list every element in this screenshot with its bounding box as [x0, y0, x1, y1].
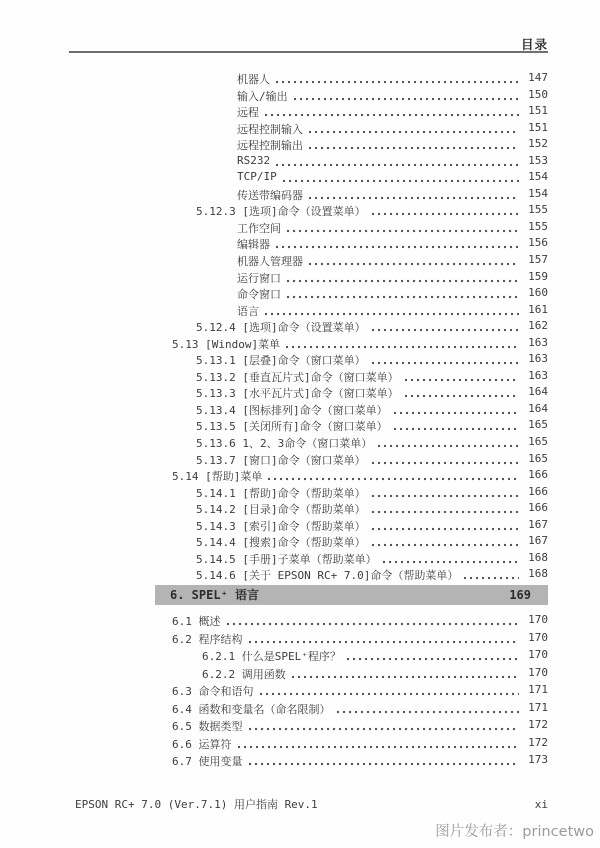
- dot-leader: [276, 154, 519, 167]
- toc-entry: TCP/IP154: [68, 170, 548, 187]
- toc-entry: 5.13.7 [窗口]命令（窗口菜单）165: [68, 452, 548, 469]
- toc-entry-label: 命令窗口: [237, 286, 281, 302]
- toc-entry-label: 6.2 程序结构: [172, 631, 243, 647]
- toc-entry-label: 5.14.2 [目录]命令（帮助菜单）: [196, 501, 366, 517]
- toc-entry: 5.14.2 [目录]命令（帮助菜单）166: [68, 501, 548, 518]
- toc-entry-page: 152: [522, 137, 548, 150]
- toc-entry-label: 远程控制输入: [237, 121, 303, 137]
- dot-leader: [260, 683, 520, 696]
- toc-entry-page: 164: [522, 385, 548, 398]
- toc-entry-label: 5.14 [帮助]菜单: [172, 468, 262, 484]
- toc-entry-page: 172: [522, 736, 548, 749]
- toc-entry-page: 147: [522, 71, 548, 84]
- toc-entry-label: 远程: [237, 104, 259, 120]
- toc-entry-page: 167: [522, 534, 548, 547]
- toc-entry: 5.14 [帮助]菜单166: [68, 468, 548, 485]
- toc-entry: 5.14.1 [帮助]命令（帮助菜单）166: [68, 485, 548, 502]
- toc-entry-label: 机器人管理器: [237, 253, 303, 269]
- dot-leader: [372, 319, 519, 332]
- toc-entry-page: 163: [522, 369, 548, 382]
- dot-leader: [286, 336, 519, 349]
- dot-leader: [383, 551, 519, 564]
- toc-entry-page: 170: [522, 613, 548, 626]
- toc-entry: 5.13.4 [图标排列]命令（窗口菜单）164: [68, 402, 548, 419]
- toc-entry-page: 151: [522, 121, 548, 134]
- toc-entry: 传送带编码器154: [68, 187, 548, 204]
- dot-leader: [287, 220, 519, 233]
- toc-entry-label: 6.4 函数和变量名（命名限制）: [172, 701, 331, 717]
- dot-leader: [394, 402, 519, 415]
- section-header-label: 6. SPEL⁺ 语言: [155, 586, 259, 603]
- toc-entry: 5.13.1 [层叠]命令（窗口菜单）163: [68, 352, 548, 369]
- dot-leader: [249, 631, 520, 644]
- toc-entry-label: 5.13.5 [关闭所有]命令（窗口菜单）: [196, 418, 388, 434]
- toc-entry: 机器人147: [68, 71, 548, 88]
- toc-entry-page: 166: [522, 468, 548, 481]
- toc-entry-page: 171: [522, 701, 548, 714]
- toc-entry-label: 工作空间: [237, 220, 281, 236]
- toc-list-section6: 6.1 概述1706.2 程序结构1706.2.1 什么是SPEL⁺程序？170…: [68, 613, 548, 771]
- toc-entry-page: 157: [522, 253, 548, 266]
- dot-leader: [464, 567, 519, 580]
- toc-entry-label: 传送带编码器: [237, 187, 303, 203]
- section-header-bar: 6. SPEL⁺ 语言 169: [155, 585, 548, 605]
- toc-entry-label: 5.12.3 [选项]命令（设置菜单）: [196, 203, 366, 219]
- toc-entry-page: 167: [522, 518, 548, 531]
- toc-entry: 远程151: [68, 104, 548, 121]
- dot-leader: [287, 270, 519, 283]
- dot-leader: [372, 518, 519, 531]
- toc-entry-page: 163: [522, 352, 548, 365]
- toc-entry-label: 5.13.3 [水平瓦片式]命令（窗口菜单）: [196, 385, 399, 401]
- toc-entry-label: 5.14.5 [手册]子菜单（帮助菜单）: [196, 551, 377, 567]
- toc-entry-page: 168: [522, 567, 548, 580]
- toc-entry: 5.14.6 [关于 EPSON RC+ 7.0]命令（帮助菜单）168: [68, 567, 548, 584]
- toc-entry-page: 161: [522, 303, 548, 316]
- toc-entry-label: 6.1 概述: [172, 613, 221, 629]
- toc-entry-page: 168: [522, 551, 548, 564]
- dot-leader: [265, 104, 519, 117]
- dot-leader: [309, 253, 519, 266]
- toc-page: 目录 机器人147输入/输出150远程151远程控制输入151远程控制输出152…: [0, 0, 600, 848]
- toc-entry-label: 5.12.4 [选项]命令（设置菜单）: [196, 319, 366, 335]
- dot-leader: [287, 286, 519, 299]
- dot-leader: [347, 648, 519, 661]
- toc-entry: 6.2.1 什么是SPEL⁺程序？170: [68, 648, 548, 666]
- toc-entry: 命令窗口160: [68, 286, 548, 303]
- toc-entry-page: 156: [522, 236, 548, 249]
- page-footer: EPSON RC+ 7.0 (Ver.7.1) 用户指南 Rev.1 xi: [75, 796, 548, 812]
- dot-leader: [294, 88, 519, 101]
- toc-entry: 远程控制输入151: [68, 121, 548, 138]
- dot-leader: [268, 468, 519, 481]
- toc-entry-label: 5.13.7 [窗口]命令（窗口菜单）: [196, 452, 366, 468]
- toc-entry: 6.6 运算符172: [68, 736, 548, 754]
- toc-entry: 5.13.2 [垂直瓦片式]命令（窗口菜单）163: [68, 369, 548, 386]
- toc-entry: 6.2 程序结构170: [68, 631, 548, 649]
- toc-entry: 6.1 概述170: [68, 613, 548, 631]
- toc-entry: 输入/输出150: [68, 88, 548, 105]
- section-header-page: 169: [509, 588, 548, 602]
- toc-entry-label: 运行窗口: [237, 270, 281, 286]
- dot-leader: [372, 534, 519, 547]
- toc-entry-label: 远程控制输出: [237, 137, 303, 153]
- dot-leader: [283, 170, 519, 183]
- dot-leader: [292, 666, 519, 679]
- toc-entry-page: 163: [522, 336, 548, 349]
- dot-leader: [372, 203, 519, 216]
- toc-entry: 编辑器156: [68, 236, 548, 253]
- toc-entry: 5.13 [Window]菜单163: [68, 336, 548, 353]
- toc-entry-page: 154: [522, 170, 548, 183]
- toc-entry-page: 170: [522, 648, 548, 661]
- toc-entry-label: 5.14.6 [关于 EPSON RC+ 7.0]命令（帮助菜单）: [196, 567, 458, 583]
- toc-entry-page: 153: [522, 154, 548, 167]
- toc-entry: 5.13.3 [水平瓦片式]命令（窗口菜单）164: [68, 385, 548, 402]
- toc-entry: 5.14.4 [搜索]命令（帮助菜单）167: [68, 534, 548, 551]
- toc-entry-page: 155: [522, 220, 548, 233]
- toc-entry-label: 6.2.1 什么是SPEL⁺程序？: [202, 648, 341, 664]
- toc-entry-label: 6.2.2 调用函数: [202, 666, 286, 682]
- toc-entry: 6.2.2 调用函数170: [68, 666, 548, 684]
- toc-entry-page: 170: [522, 666, 548, 679]
- watermark-text: 图片发布者：princetwo: [435, 820, 594, 841]
- toc-entry-label: TCP/IP: [237, 170, 277, 183]
- toc-entry-label: 5.13.2 [垂直瓦片式]命令（窗口菜单）: [196, 369, 399, 385]
- dot-leader: [276, 236, 519, 249]
- toc-entry: RS232153: [68, 154, 548, 171]
- toc-entry-page: 166: [522, 501, 548, 514]
- toc-entry-page: 173: [522, 753, 548, 766]
- toc-entry-label: 5.14.4 [搜索]命令（帮助菜单）: [196, 534, 366, 550]
- toc-list-section5: 机器人147输入/输出150远程151远程控制输入151远程控制输出152RS2…: [68, 71, 548, 584]
- toc-entry: 6.5 数据类型172: [68, 718, 548, 736]
- toc-entry-label: 5.13 [Window]菜单: [172, 336, 280, 352]
- dot-leader: [405, 369, 519, 382]
- dot-leader: [249, 718, 520, 731]
- toc-entry-label: 输入/输出: [237, 88, 288, 104]
- toc-entry-label: 5.13.6 1、2、3命令（窗口菜单）: [196, 435, 372, 451]
- toc-entry: 运行窗口159: [68, 270, 548, 287]
- toc-entry-label: RS232: [237, 154, 270, 167]
- toc-entry: 5.12.3 [选项]命令（设置菜单）155: [68, 203, 548, 220]
- toc-entry-label: 5.13.4 [图标排列]命令（窗口菜单）: [196, 402, 388, 418]
- toc-entry: 5.12.4 [选项]命令（设置菜单）162: [68, 319, 548, 336]
- toc-entry: 5.13.6 1、2、3命令（窗口菜单）165: [68, 435, 548, 452]
- toc-entry-page: 155: [522, 203, 548, 216]
- toc-entry-page: 171: [522, 683, 548, 696]
- toc-entry-page: 165: [522, 435, 548, 448]
- dot-leader: [265, 303, 519, 316]
- toc-entry: 6.4 函数和变量名（命名限制）171: [68, 701, 548, 719]
- dot-leader: [238, 736, 520, 749]
- toc-entry-label: 6.3 命令和语句: [172, 683, 254, 699]
- toc-entry-page: 165: [522, 452, 548, 465]
- toc-entry-label: 5.13.1 [层叠]命令（窗口菜单）: [196, 352, 366, 368]
- toc-entry-label: 5.14.3 [索引]命令（帮助菜单）: [196, 518, 366, 534]
- dot-leader: [276, 71, 519, 84]
- toc-entry: 5.14.5 [手册]子菜单（帮助菜单）168: [68, 551, 548, 568]
- toc-entry: 6.7 使用变量173: [68, 753, 548, 771]
- toc-entry-label: 机器人: [237, 71, 270, 87]
- dot-leader: [372, 452, 519, 465]
- dot-leader: [249, 753, 520, 766]
- toc-entry-page: 166: [522, 485, 548, 498]
- toc-entry: 5.14.3 [索引]命令（帮助菜单）167: [68, 518, 548, 535]
- toc-entry-page: 150: [522, 88, 548, 101]
- header-rule: [69, 51, 548, 53]
- toc-entry-label: 编辑器: [237, 236, 270, 252]
- toc-entry: 5.13.5 [关闭所有]命令（窗口菜单）165: [68, 418, 548, 435]
- toc-entry: 工作空间155: [68, 220, 548, 237]
- toc-entry-page: 164: [522, 402, 548, 415]
- toc-entry: 机器人管理器157: [68, 253, 548, 270]
- dot-leader: [372, 352, 519, 365]
- toc-entry-page: 170: [522, 631, 548, 644]
- toc-entry-page: 160: [522, 286, 548, 299]
- toc-entry-page: 162: [522, 319, 548, 332]
- footer-document-title: EPSON RC+ 7.0 (Ver.7.1) 用户指南 Rev.1: [75, 796, 318, 812]
- toc-entry-label: 语言: [237, 303, 259, 319]
- dot-leader: [405, 385, 519, 398]
- dot-leader: [309, 137, 519, 150]
- toc-entry-label: 5.14.1 [帮助]命令（帮助菜单）: [196, 485, 366, 501]
- dot-leader: [309, 187, 519, 200]
- footer-page-number: xi: [535, 798, 548, 811]
- dot-leader: [337, 701, 520, 714]
- dot-leader: [309, 121, 519, 134]
- toc-entry-label: 6.6 运算符: [172, 736, 232, 752]
- toc-entry-label: 6.7 使用变量: [172, 753, 243, 769]
- toc-entry-page: 151: [522, 104, 548, 117]
- toc-entry: 远程控制输出152: [68, 137, 548, 154]
- toc-entry-page: 165: [522, 418, 548, 431]
- toc-entry-page: 172: [522, 718, 548, 731]
- dot-leader: [227, 613, 520, 626]
- dot-leader: [378, 435, 519, 448]
- toc-entry: 语言161: [68, 303, 548, 320]
- toc-entry-label: 6.5 数据类型: [172, 718, 243, 734]
- toc-entry-page: 154: [522, 187, 548, 200]
- toc-entry: 6.3 命令和语句171: [68, 683, 548, 701]
- dot-leader: [372, 485, 519, 498]
- dot-leader: [372, 501, 519, 514]
- dot-leader: [394, 418, 519, 431]
- toc-entry-page: 159: [522, 270, 548, 283]
